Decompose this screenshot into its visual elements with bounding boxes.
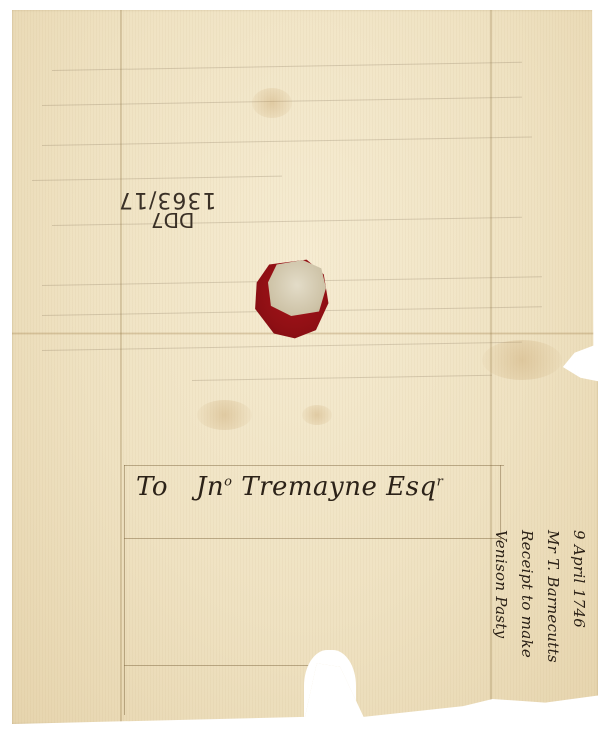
bleed-through-text bbox=[42, 136, 532, 146]
archive-code: DD7 bbox=[118, 210, 194, 230]
archive-reference: DD7 1363/17 bbox=[118, 188, 216, 240]
recipient-surname: Tremayne Esq bbox=[232, 472, 436, 502]
endorsement-note: 9 April 1746 Mr T. Barnecutts Receipt to… bbox=[472, 530, 592, 706]
bleed-through-text bbox=[42, 342, 522, 351]
paper-stain bbox=[252, 88, 292, 118]
recipient-first: Jn bbox=[196, 472, 224, 502]
paper-tear bbox=[304, 650, 356, 724]
paper-stain bbox=[302, 405, 332, 425]
endorsement-line: 9 April 1746 bbox=[566, 530, 592, 706]
paper-stain bbox=[197, 400, 252, 430]
address-panel-bottom-edge bbox=[124, 538, 504, 539]
bleed-through-text bbox=[192, 375, 492, 381]
address-line: ToJno Tremayne Esqr bbox=[136, 472, 443, 502]
endorsement-line: Receipt to make bbox=[514, 530, 540, 706]
address-panel-left-edge bbox=[124, 465, 125, 715]
address-panel-top-edge bbox=[124, 465, 504, 466]
address-panel-right-edge bbox=[500, 465, 501, 540]
endorsement-line: Mr T. Barnecutts bbox=[540, 530, 566, 706]
archive-number: 1363/17 bbox=[118, 188, 216, 210]
bleed-through-text bbox=[32, 176, 282, 181]
wax-seal bbox=[252, 258, 330, 340]
lower-flap-edge bbox=[124, 665, 309, 666]
bleed-through-text bbox=[52, 62, 522, 71]
recipient-title-sup: r bbox=[437, 474, 444, 489]
endorsement-line: Venison Pasty bbox=[488, 530, 514, 706]
address-prefix: To bbox=[136, 472, 168, 502]
seal-paper-remnant bbox=[268, 260, 326, 316]
vertical-fold-left bbox=[120, 10, 122, 724]
paper-stain bbox=[482, 340, 562, 380]
